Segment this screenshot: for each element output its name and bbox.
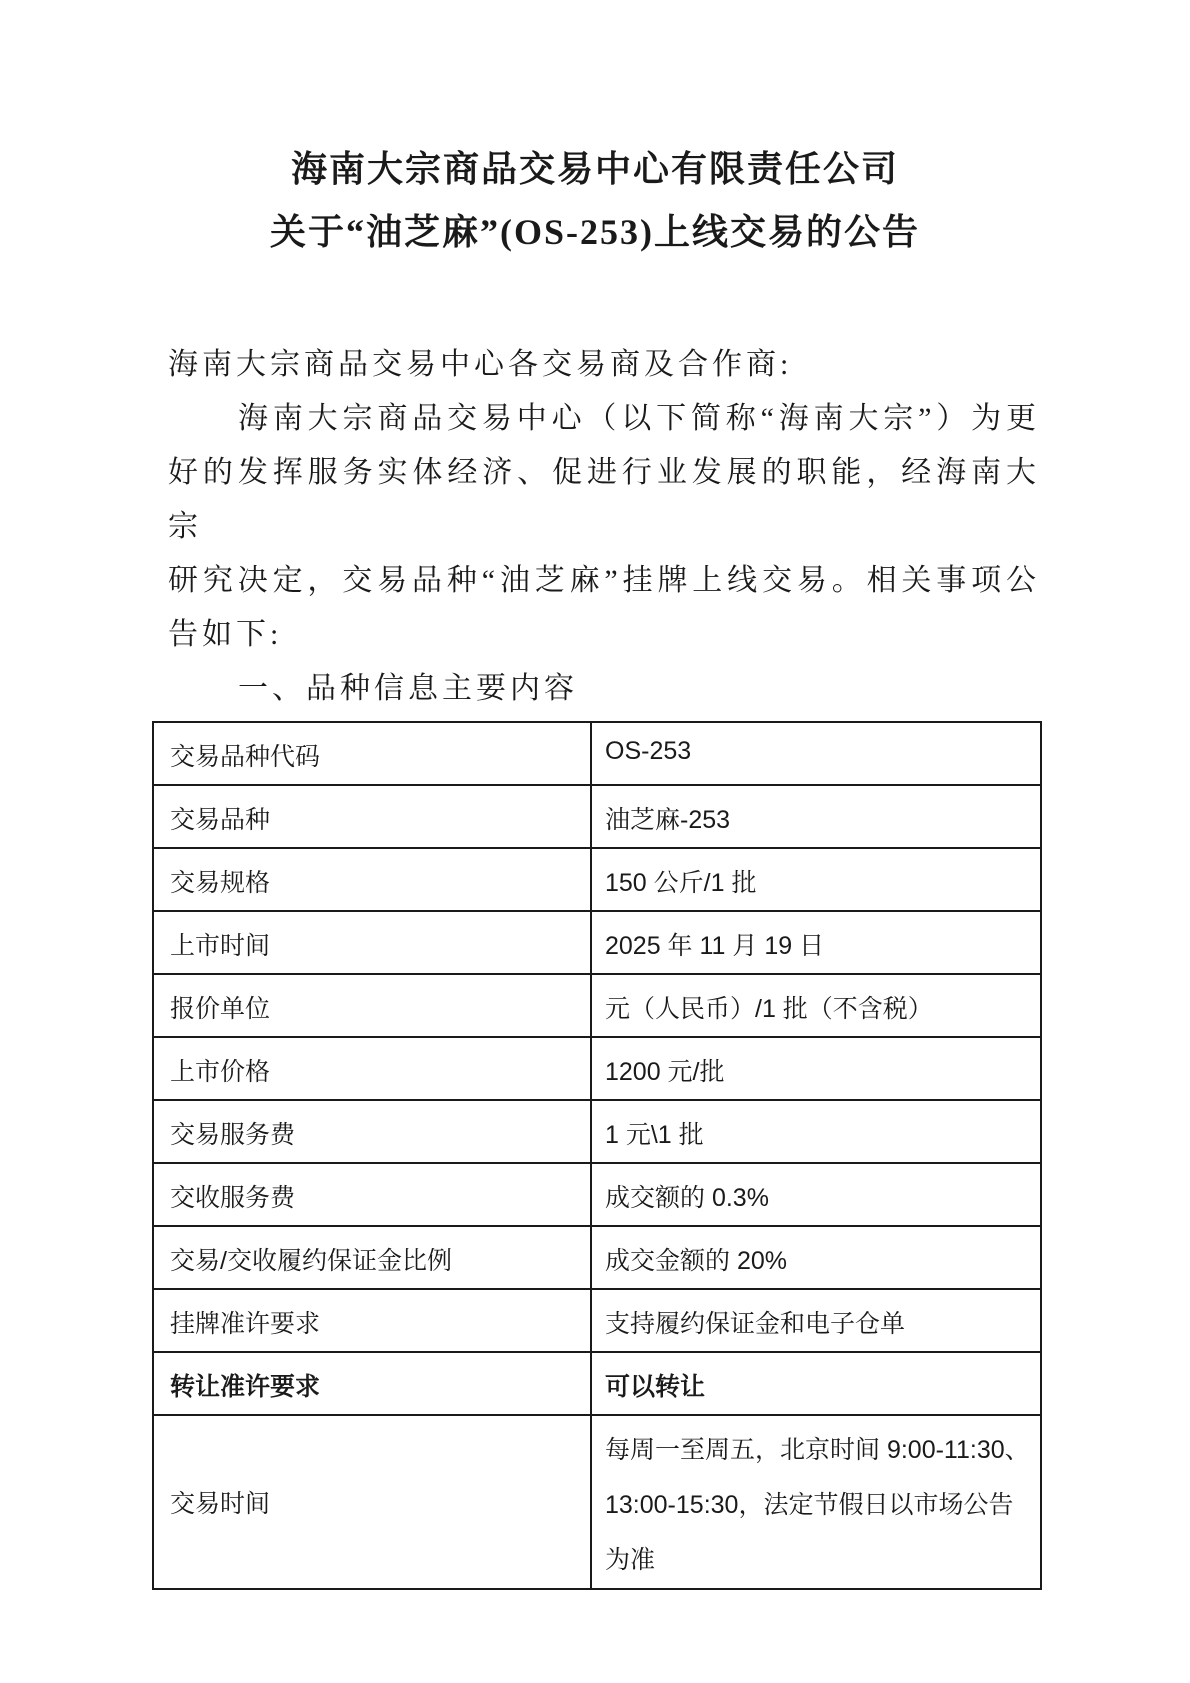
row-label: 交易规格 bbox=[153, 848, 591, 911]
row-label: 上市价格 bbox=[153, 1037, 591, 1100]
row-label: 交易时间 bbox=[153, 1415, 591, 1589]
table-row-trade-fee: 交易服务费 1 元\1 批 bbox=[153, 1100, 1041, 1163]
row-label: 挂牌准许要求 bbox=[153, 1289, 591, 1352]
row-label: 交易服务费 bbox=[153, 1100, 591, 1163]
row-label: 交收服务费 bbox=[153, 1163, 591, 1226]
document-title: 海南大宗商品交易中心有限责任公司 关于“油芝麻”(OS-253)上线交易的公告 bbox=[0, 0, 1190, 264]
row-value: 150 公斤/1 批 bbox=[591, 848, 1041, 911]
paragraph-line-4: 告如下: bbox=[168, 608, 1040, 662]
table-row-listing-date: 上市时间 2025 年 11 月 19 日 bbox=[153, 911, 1041, 974]
trading-hours-line-1: 每周一至周五，北京时间 9:00-11:30、 bbox=[605, 1423, 1030, 1478]
table-row-listing-price: 上市价格 1200 元/批 bbox=[153, 1037, 1041, 1100]
table-row-delivery-fee: 交收服务费 成交额的 0.3% bbox=[153, 1163, 1041, 1226]
row-label: 上市时间 bbox=[153, 911, 591, 974]
row-value: 元（人民币）/1 批（不含税） bbox=[591, 974, 1041, 1037]
row-value: 可以转让 bbox=[591, 1352, 1041, 1415]
paragraph-line-2: 好的发挥服务实体经济、促进行业发展的职能，经海南大宗 bbox=[168, 446, 1040, 554]
section-heading: 一、品种信息主要内容 bbox=[168, 662, 1040, 716]
row-value: 1 元\1 批 bbox=[591, 1100, 1041, 1163]
table-row-spec: 交易规格 150 公斤/1 批 bbox=[153, 848, 1041, 911]
doc-title-line-1: 海南大宗商品交易中心有限责任公司 bbox=[0, 138, 1190, 201]
row-value: 成交金额的 20% bbox=[591, 1226, 1041, 1289]
row-label: 交易/交收履约保证金比例 bbox=[153, 1226, 591, 1289]
document-body: 海南大宗商品交易中心各交易商及合作商: 海南大宗商品交易中心（以下简称“海南大宗… bbox=[168, 338, 1040, 716]
document-page: 海南大宗商品交易中心有限责任公司 关于“油芝麻”(OS-253)上线交易的公告 … bbox=[0, 0, 1190, 1683]
table-row-product: 交易品种 油芝麻-253 bbox=[153, 785, 1041, 848]
table-row-product-code: 交易品种代码 OS-253 bbox=[153, 722, 1041, 785]
table-row-trading-hours: 交易时间 每周一至周五，北京时间 9:00-11:30、 13:00-15:30… bbox=[153, 1415, 1041, 1589]
row-label: 交易品种 bbox=[153, 785, 591, 848]
row-value: 2025 年 11 月 19 日 bbox=[591, 911, 1041, 974]
row-value: OS-253 bbox=[591, 722, 1041, 785]
paragraph-line-1: 海南大宗商品交易中心（以下简称“海南大宗”）为更 bbox=[168, 392, 1040, 446]
row-value: 支持履约保证金和电子仓单 bbox=[591, 1289, 1041, 1352]
row-value: 1200 元/批 bbox=[591, 1037, 1041, 1100]
row-value: 每周一至周五，北京时间 9:00-11:30、 13:00-15:30，法定节假… bbox=[591, 1415, 1041, 1589]
trading-hours-line-2: 13:00-15:30，法定节假日以市场公告为准 bbox=[605, 1478, 1030, 1588]
doc-title-line-2: 关于“油芝麻”(OS-253)上线交易的公告 bbox=[0, 201, 1190, 264]
row-value: 成交额的 0.3% bbox=[591, 1163, 1041, 1226]
row-label: 交易品种代码 bbox=[153, 722, 591, 785]
row-label: 报价单位 bbox=[153, 974, 591, 1037]
salutation-line: 海南大宗商品交易中心各交易商及合作商: bbox=[168, 338, 1040, 392]
table-row-margin-ratio: 交易/交收履约保证金比例 成交金额的 20% bbox=[153, 1226, 1041, 1289]
paragraph-line-3: 研究决定，交易品种“油芝麻”挂牌上线交易。相关事项公 bbox=[168, 554, 1040, 608]
table-row-quote-unit: 报价单位 元（人民币）/1 批（不含税） bbox=[153, 974, 1041, 1037]
row-label: 转让准许要求 bbox=[153, 1352, 591, 1415]
table-row-transfer-requirement: 转让准许要求 可以转让 bbox=[153, 1352, 1041, 1415]
row-value: 油芝麻-253 bbox=[591, 785, 1041, 848]
product-info-table: 交易品种代码 OS-253 交易品种 油芝麻-253 交易规格 150 公斤/1… bbox=[152, 721, 1042, 1590]
table-row-listing-requirement: 挂牌准许要求 支持履约保证金和电子仓单 bbox=[153, 1289, 1041, 1352]
